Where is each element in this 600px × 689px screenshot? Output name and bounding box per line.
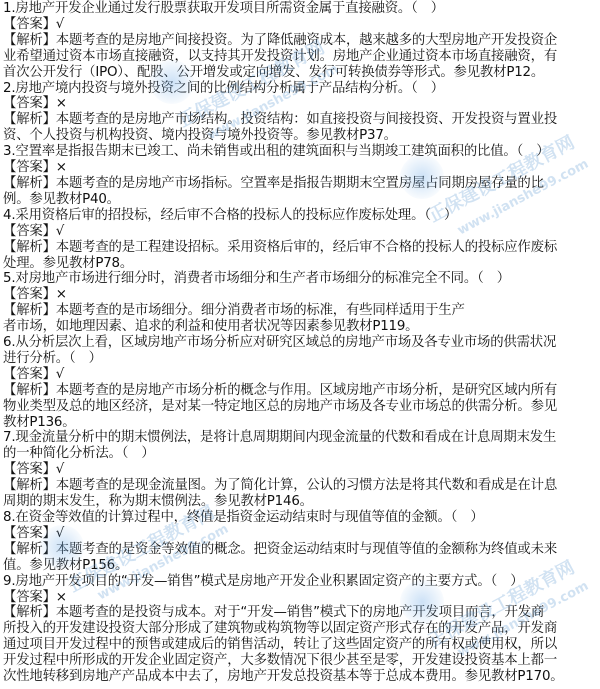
answer-value: √ [56, 462, 64, 477]
analysis-label: 【解析】 [3, 303, 56, 318]
answer-label: 【答案】 [3, 96, 56, 111]
analysis-label: 【解析】 [3, 605, 56, 620]
analysis-text: 业希望通过资本市场直接融资，以支持其开发投资计划。房地产企业通过资本市场直接融资… [3, 49, 600, 65]
analysis-text: 开发过程中所形成的开发企业固定资产，大多数情况下很少甚至是零，开发建设投资基本上… [3, 653, 600, 669]
question-text: 的一种简化分析法。（ ） [3, 446, 600, 462]
question-text: 2.房地产境内投资与境外投资之间的比例结构分析属于产品结构分析。（ ） [3, 81, 600, 97]
analysis-text: 处理。参见教材P78。 [3, 256, 600, 272]
answer-line: 【答案】√ [3, 367, 600, 383]
analysis-text: 本题考查的是现金流量图。为了简化计算，公认的习惯方法是将其代数和看成是在计息 [56, 478, 557, 493]
answer-label: 【答案】 [3, 17, 56, 32]
answer-label: 【答案】 [3, 287, 56, 302]
analysis-text: 本题考查的是房地产市场结构。投资结构：如直接投资与间接投资、开发投资与置业投 [56, 112, 557, 127]
question-text: 6.从分析层次上看，区域房地产市场分析应对研究区域总的房地产市场及各专业市场的供… [3, 335, 600, 351]
answer-line: 【答案】√ [3, 17, 600, 33]
analysis-label: 【解析】 [3, 33, 56, 48]
analysis-text: 资、个人投资与机构投资、境内投资与境外投资等。参见教材P37。 [3, 128, 600, 144]
answer-line: 【答案】√ [3, 526, 600, 542]
question-block: 5.对房地产市场进行细分时，消费者市场细分和生产者市场细分的标准完全不同。（ ）… [3, 271, 600, 335]
answer-label: 【答案】 [3, 224, 56, 239]
answer-value: √ [56, 526, 64, 541]
question-block: 1.房地产开发企业通过发行股票获取开发项目所需资金属于直接融资。（ ）【答案】√… [3, 1, 600, 81]
analysis-label: 【解析】 [3, 542, 56, 557]
analysis-text: 值。参见教材P156。 [3, 558, 600, 574]
question-block: 8.在资金等效值的计算过程中，终值是指资金运动结束时与现值等值的金额。（ ）【答… [3, 510, 600, 574]
answer-value: × [56, 287, 67, 302]
question-text: 4.采用资格后审的招投标，经后审不合格的投标人的投标应作废标处理。（ ） [3, 208, 600, 224]
answer-line: 【答案】√ [3, 462, 600, 478]
analysis-label: 【解析】 [3, 383, 56, 398]
analysis-line: 【解析】本题考查的是房地产间接投资。为了降低融资成本，越来越多的大型房地产开发投… [3, 33, 600, 49]
analysis-label: 【解析】 [3, 478, 56, 493]
answer-line: 【答案】× [3, 96, 600, 112]
answer-label: 【答案】 [3, 526, 56, 541]
analysis-line: 【解析】本题考查的是房地产市场指标。空置率是指报告期期末空置房屋占同期房屋存量的… [3, 176, 600, 192]
analysis-text: 教材P136。 [3, 415, 600, 431]
analysis-label: 【解析】 [3, 112, 56, 127]
analysis-label: 【解析】 [3, 240, 56, 255]
question-text: 9.房地产开发项目的“开发—销售”模式是房地产开发企业积累固定资产的主要方式。（… [3, 574, 600, 590]
analysis-line: 【解析】本题考查的是工程建设招标。采用资格后审的，经后审不合格的投标人的投标应作… [3, 240, 600, 256]
analysis-line: 【解析】本题考查的是现金流量图。为了简化计算，公认的习惯方法是将其代数和看成是在… [3, 478, 600, 494]
question-text: 5.对房地产市场进行细分时，消费者市场细分和生产者市场细分的标准完全不同。（ ） [3, 271, 600, 287]
analysis-line: 【解析】本题考查的是投资与成本。对于“开发—销售”模式下的房地产开发项目而言，开… [3, 605, 600, 621]
analysis-text: 本题考查的是投资与成本。对于“开发—销售”模式下的房地产开发项目而言，开发商 [56, 605, 544, 620]
analysis-text: 周期的期末发生，称为期末惯例法。参见教材P146。 [3, 494, 600, 510]
analysis-text: 次性地转移到房地产产品成本中去了，房地产开发总投资基本等于总成本费用。参见教材P… [3, 669, 600, 685]
analysis-text: 者市场，如地理因素、追求的利益和使用者状况等因素参见教材P119。 [3, 319, 600, 335]
question-text: 8.在资金等效值的计算过程中，终值是指资金运动结束时与现值等值的金额。（ ） [3, 510, 600, 526]
analysis-text: 例。参见教材P40。 [3, 192, 600, 208]
answer-line: 【答案】× [3, 160, 600, 176]
question-text: 进行分析。（ ） [3, 351, 600, 367]
analysis-text: 本题考查的是工程建设招标。采用资格后审的，经后审不合格的投标人的投标应作废标 [56, 240, 557, 255]
answer-label: 【答案】 [3, 160, 56, 175]
analysis-line: 【解析】本题考查的是市场细分。细分消费者市场的标准，有些同样适用于生产 [3, 303, 600, 319]
question-text: 3.空置率是指报告期末已竣工、尚未销售或出租的建筑面积与当期竣工建筑面积的比值。… [3, 144, 600, 160]
analysis-line: 【解析】本题考查的是房地产市场结构。投资结构：如直接投资与间接投资、开发投资与置… [3, 112, 600, 128]
answer-label: 【答案】 [3, 590, 56, 605]
answer-value: × [56, 96, 67, 111]
answer-value: × [56, 160, 67, 175]
question-block: 9.房地产开发项目的“开发—销售”模式是房地产开发企业积累固定资产的主要方式。（… [3, 574, 600, 685]
analysis-text: 本题考查的是市场细分。细分消费者市场的标准，有些同样适用于生产 [56, 303, 465, 318]
answer-label: 【答案】 [3, 462, 56, 477]
exam-document: 1.房地产开发企业通过发行股票获取开发项目所需资金属于直接融资。（ ）【答案】√… [3, 1, 600, 685]
analysis-line: 【解析】本题考查的是资金等效值的概念。把资金运动结束时与现值等值的金额称为终值或… [3, 542, 600, 558]
question-text: 7.现金流量分析中的期末惯例法，是将计息周期期间内现金流量的代数和看成在计息周期… [3, 430, 600, 446]
answer-line: 【答案】√ [3, 224, 600, 240]
answer-line: 【答案】× [3, 590, 600, 606]
question-block: 2.房地产境内投资与境外投资之间的比例结构分析属于产品结构分析。（ ）【答案】×… [3, 81, 600, 145]
analysis-text: 本题考查的是房地产间接投资。为了降低融资成本，越来越多的大型房地产开发投资企 [56, 33, 557, 48]
analysis-text: 本题考查的是资金等效值的概念。把资金运动结束时与现值等值的金额称为终值或未来 [56, 542, 557, 557]
answer-value: √ [56, 367, 64, 382]
analysis-text: 物业类型及总的地区经济，是对某一特定地区总的房地产市场及各专业市场总的供需分析。… [3, 399, 600, 415]
question-block: 3.空置率是指报告期末已竣工、尚未销售或出租的建筑面积与当期竣工建筑面积的比值。… [3, 144, 600, 208]
analysis-line: 【解析】本题考查的是房地产市场分析的概念与作用。区域房地产市场分析，是研究区域内… [3, 383, 600, 399]
question-text: 1.房地产开发企业通过发行股票获取开发项目所需资金属于直接融资。（ ） [3, 1, 600, 17]
analysis-text: 首次公开发行（IPO）、配股、公开增发或定向增发、发行可转换债券等形式。参见教材… [3, 65, 600, 81]
answer-value: √ [56, 17, 64, 32]
question-block: 7.现金流量分析中的期末惯例法，是将计息周期期间内现金流量的代数和看成在计息周期… [3, 430, 600, 510]
question-block: 4.采用资格后审的招投标，经后审不合格的投标人的投标应作废标处理。（ ）【答案】… [3, 208, 600, 272]
question-block: 6.从分析层次上看，区域房地产市场分析应对研究区域总的房地产市场及各专业市场的供… [3, 335, 600, 430]
analysis-text: 通过项目开发过程中的预售或建成后的销售活动，转让了这些固定资产的所有权或使用权，… [3, 637, 600, 653]
answer-line: 【答案】× [3, 287, 600, 303]
analysis-label: 【解析】 [3, 176, 56, 191]
answer-value: √ [56, 224, 64, 239]
analysis-text: 本题考查的是房地产市场指标。空置率是指报告期期末空置房屋占同期房屋存量的比 [56, 176, 544, 191]
analysis-text: 所投入的开发建设投资大部分形成了建筑物或构筑物等以固定资产形式存在的开发产品，开… [3, 621, 600, 637]
answer-label: 【答案】 [3, 367, 56, 382]
analysis-text: 本题考查的是房地产市场分析的概念与作用。区域房地产市场分析，是研究区域内所有 [56, 383, 557, 398]
answer-value: × [56, 590, 67, 605]
